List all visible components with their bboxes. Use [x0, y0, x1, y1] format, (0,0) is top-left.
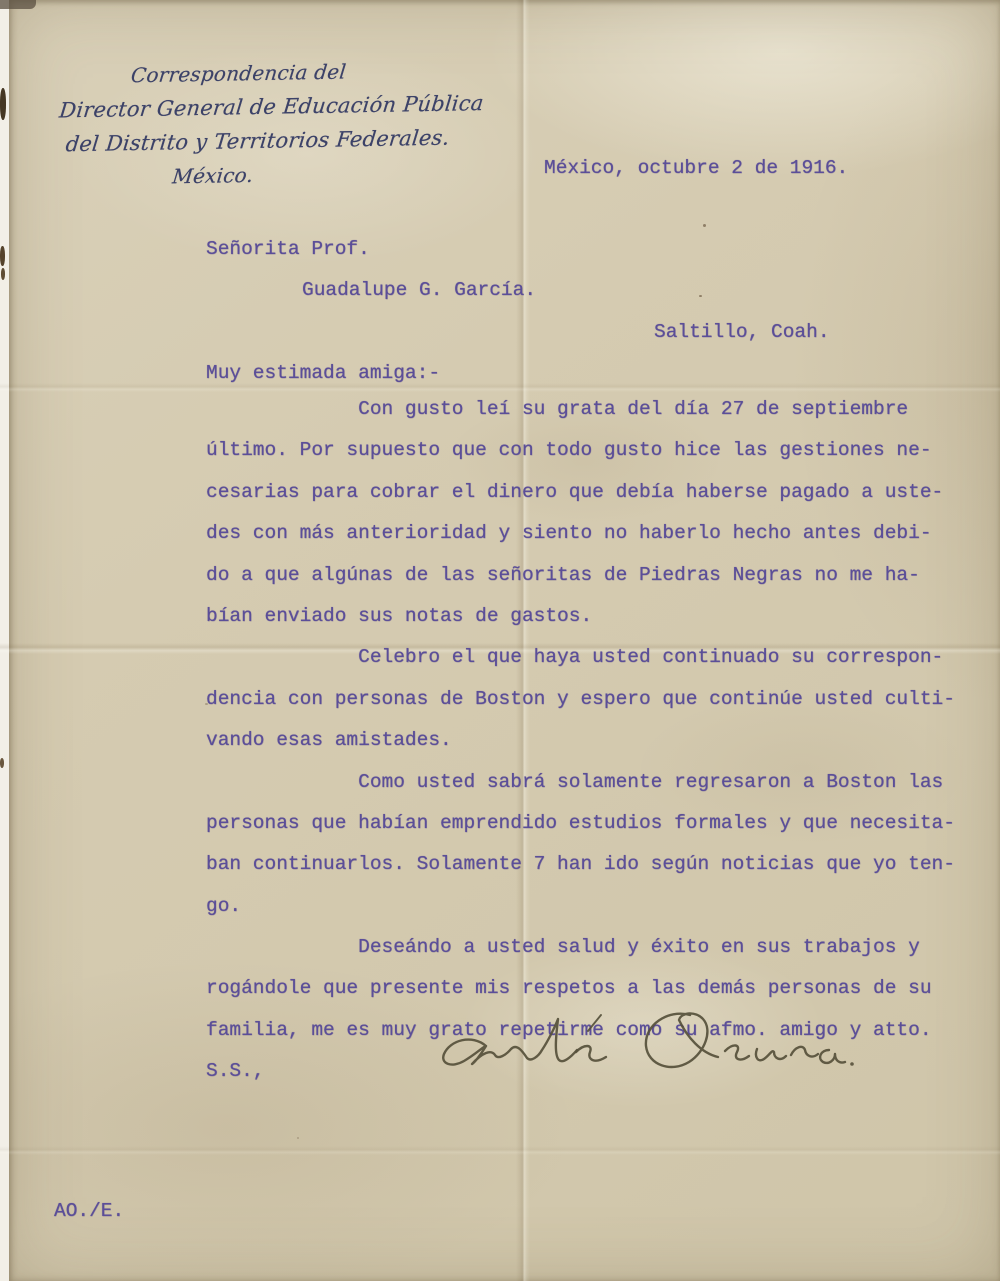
letterhead: Correspondencia delDirector General de E…: [48, 53, 463, 196]
letterhead-line: del Distrito y Territorios Federales.: [64, 121, 456, 162]
typed-line: Como usted sabrá solamente regresaron a …: [206, 762, 968, 803]
recipient-title: Señorita Prof.: [206, 238, 370, 260]
recipient-place: Saltillo, Coah.: [654, 321, 830, 343]
paper-speck: [703, 224, 706, 227]
scan-edge-mark: [0, 758, 4, 768]
paper-speck: [297, 1137, 299, 1139]
typed-line: ban continuarlos. Solamente 7 han ido se…: [206, 844, 968, 885]
signature-handwriting: [428, 1000, 876, 1104]
scan-edge-mark: [1, 268, 5, 280]
letter-body: Con gusto leí su grata del día 27 de sep…: [206, 389, 968, 1093]
scan-corner-shadow: [0, 0, 36, 9]
paper-speck: [699, 295, 702, 297]
recipient-name: Guadalupe G. García.: [302, 279, 536, 301]
scanned-letter-page: { "letterhead": { "lines": [ "Correspond…: [0, 0, 1000, 1281]
letterhead-line: Correspondencia del: [129, 53, 463, 93]
typed-line: vando esas amistades.: [206, 720, 968, 761]
typed-line: cesarias para cobrar el dinero que debía…: [206, 472, 968, 513]
typed-line: bían enviado sus notas de gastos.: [206, 596, 968, 637]
reference-initials: AO./E.: [54, 1200, 124, 1222]
scan-background-strip: [0, 0, 9, 1281]
typed-line: Celebro el que haya usted continuado su …: [206, 637, 968, 678]
typed-line: último. Por supuesto que con todo gusto …: [206, 430, 968, 471]
typed-line: Deseándo a usted salud y éxito en sus tr…: [206, 927, 968, 968]
scan-edge-mark: [0, 88, 6, 120]
typed-line: Con gusto leí su grata del día 27 de sep…: [206, 389, 968, 430]
typed-line: des con más anterioridad y siento no hab…: [206, 513, 968, 554]
typed-line: do a que algúnas de las señoritas de Pie…: [206, 555, 968, 596]
typed-line: go.: [206, 886, 968, 927]
typed-line: personas que habían emprendido estudios …: [206, 803, 968, 844]
horizontal-fold-crease: [0, 1146, 1000, 1155]
date-line: México, octubre 2 de 1916.: [544, 157, 848, 179]
letterhead-line: México.: [171, 155, 453, 194]
salutation: Muy estimada amiga:-: [206, 362, 440, 384]
typed-line: dencia con personas de Boston y espero q…: [206, 679, 968, 720]
scan-edge-mark: [0, 246, 5, 266]
